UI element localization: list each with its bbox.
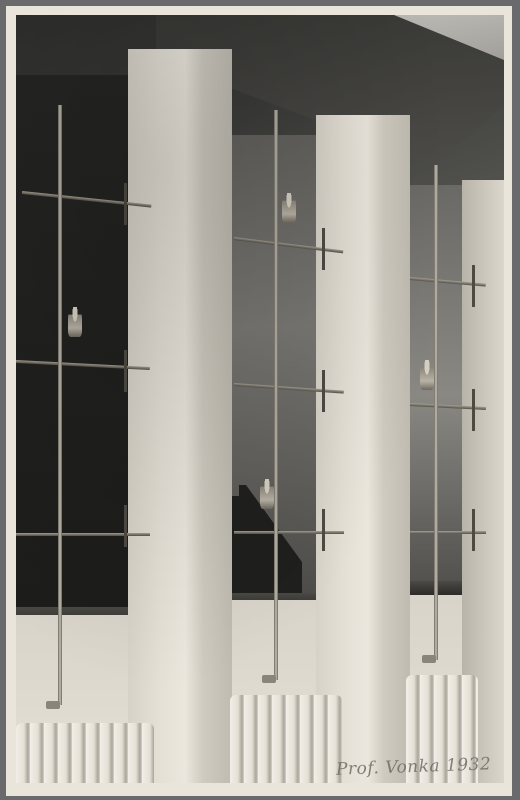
radiator-left: [16, 723, 154, 783]
figurine: [68, 307, 82, 337]
recess-right: [408, 185, 468, 605]
shelf-bracket: [472, 389, 475, 431]
rod-hook: [422, 655, 436, 663]
photograph: [16, 15, 504, 783]
shelf-bar: [16, 533, 150, 536]
shelf-bracket: [124, 350, 127, 392]
shelf-bracket: [124, 505, 127, 547]
radiator-middle: [230, 695, 342, 783]
figurine: [420, 360, 434, 390]
rod-hook: [262, 675, 276, 683]
shelf-bracket: [124, 183, 127, 225]
shelf-bar: [234, 531, 344, 534]
column-middle: [316, 115, 410, 783]
shelf-bracket: [472, 265, 475, 307]
vertical-rod-left: [58, 105, 62, 705]
shelf-bracket: [472, 509, 475, 551]
rod-hook: [46, 701, 60, 709]
vertical-rod-right: [434, 165, 438, 660]
figurine: [260, 479, 274, 509]
figurine: [282, 193, 296, 223]
shelf-bracket: [322, 228, 325, 270]
column-left: [128, 49, 232, 783]
shelf-bracket: [322, 370, 325, 412]
vertical-rod-middle: [274, 110, 278, 680]
photo-mount: Prof. Vonka 1932: [0, 0, 520, 800]
shelf-bracket: [322, 509, 325, 551]
